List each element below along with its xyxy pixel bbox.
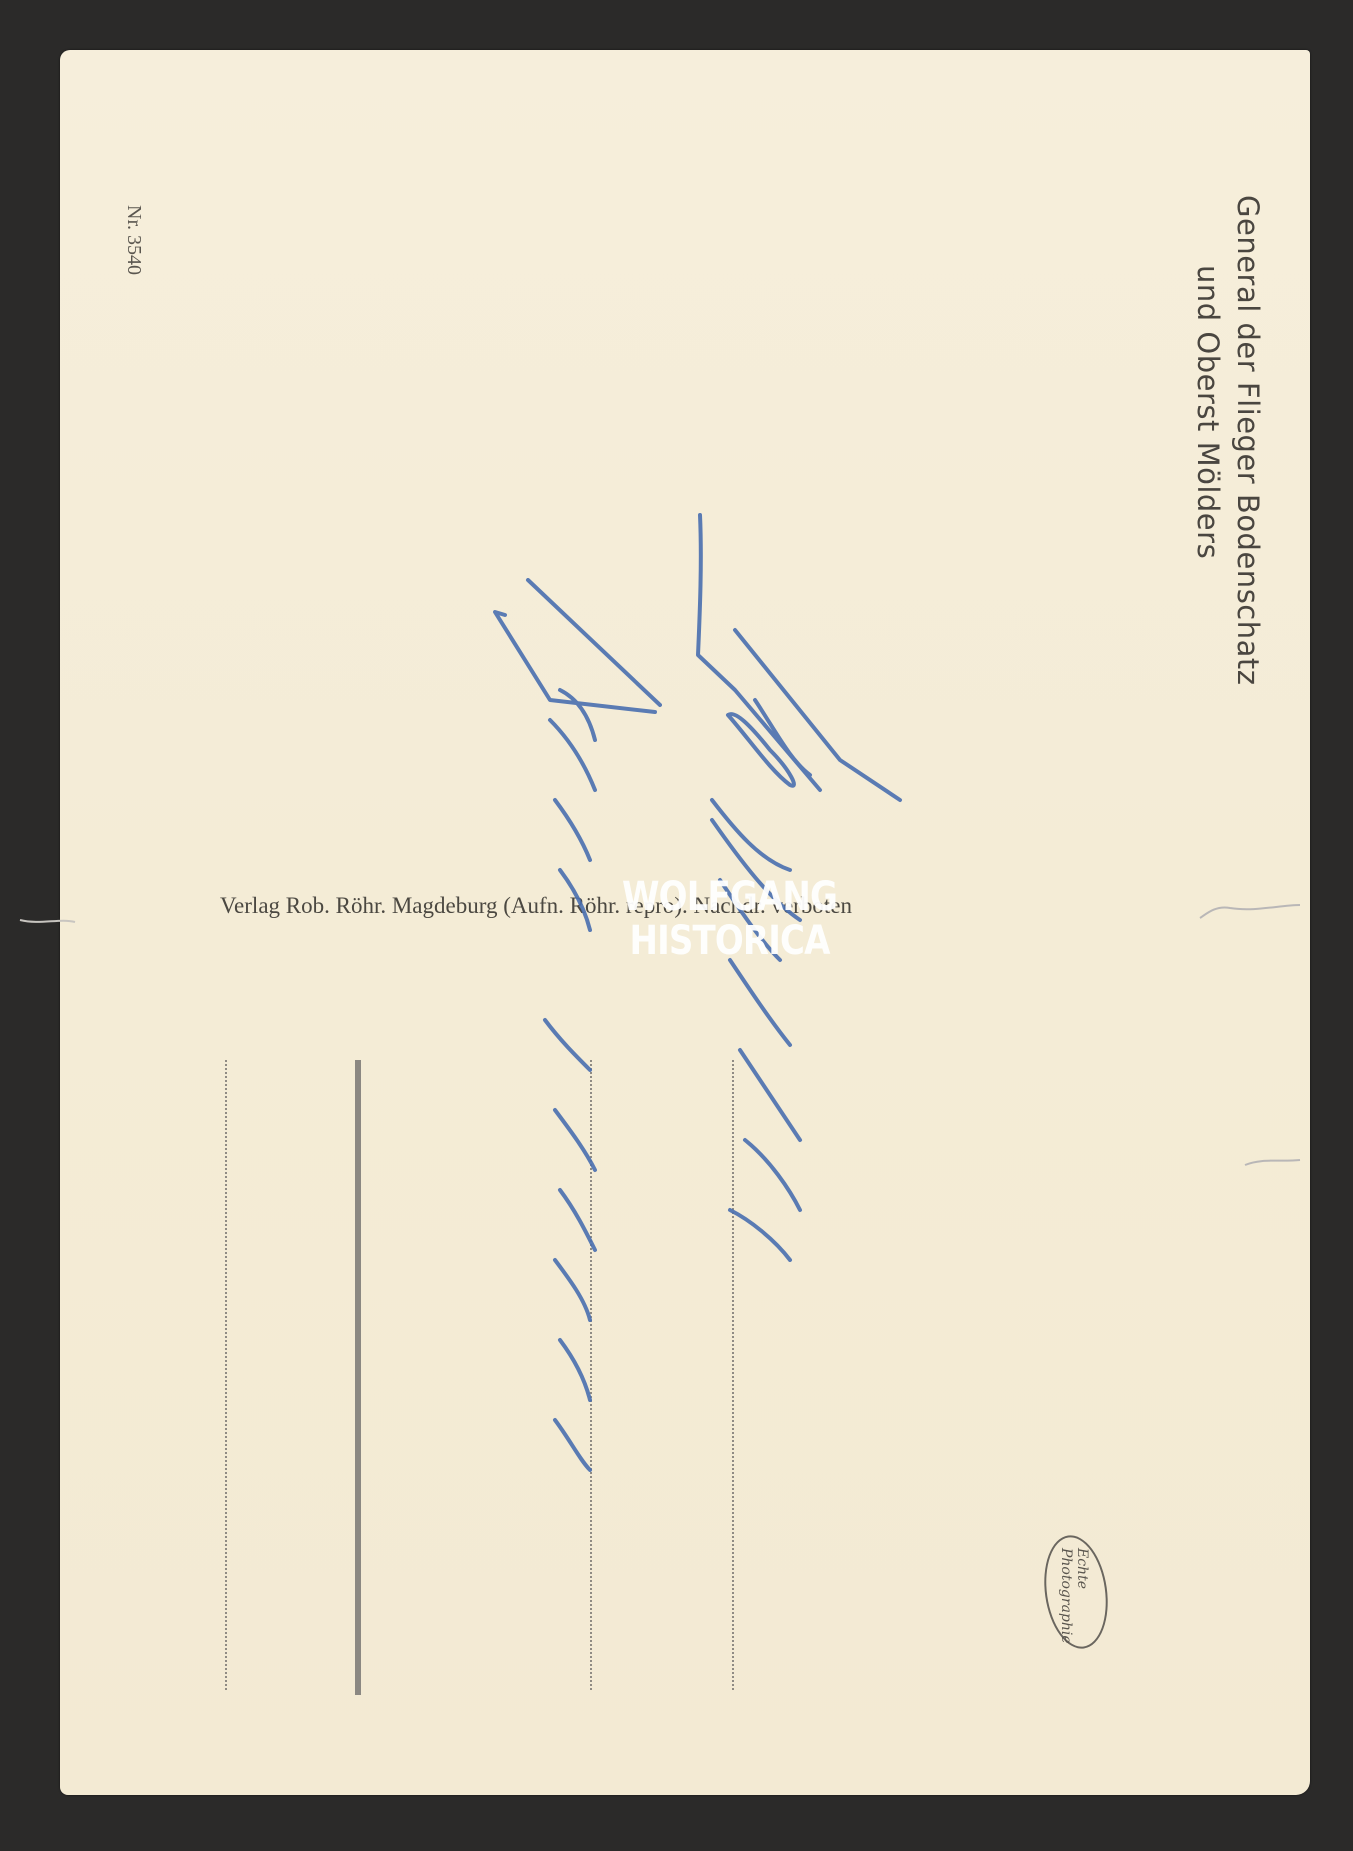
- watermark: WOLFGANG HISTORICA: [622, 875, 837, 963]
